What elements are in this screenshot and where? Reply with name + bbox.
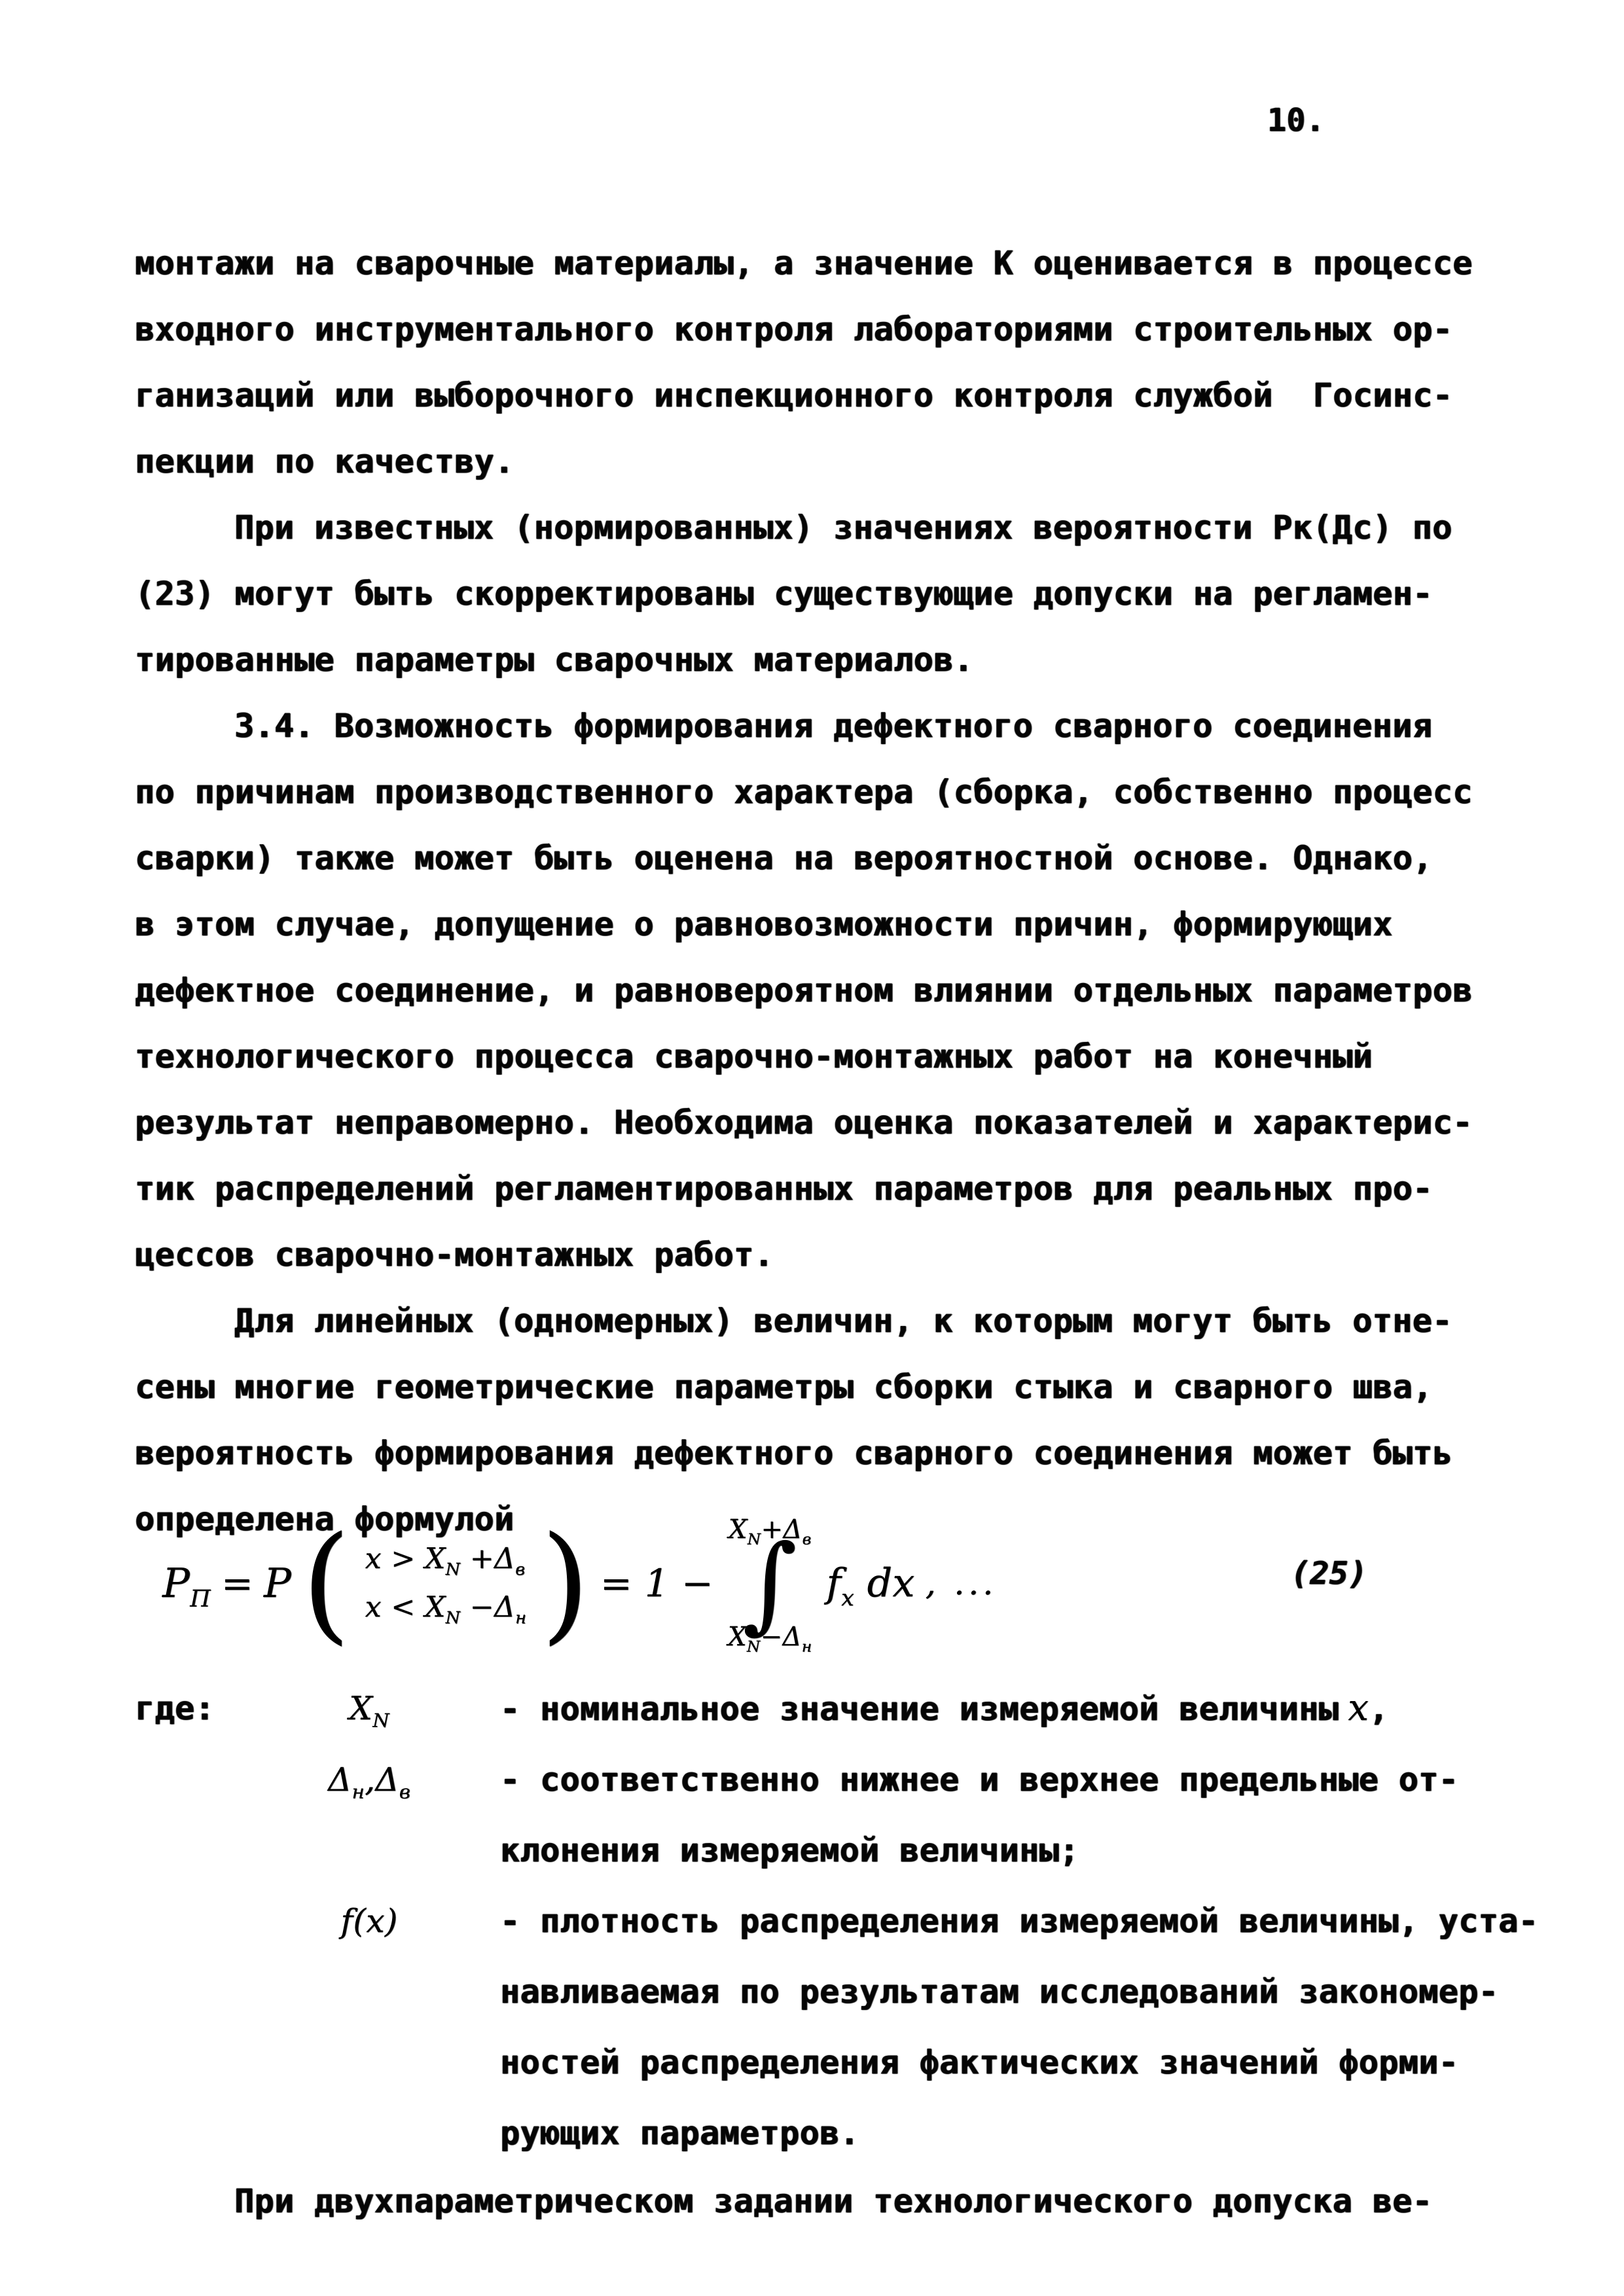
text-line: по причинам производственного характера … [135, 759, 1523, 825]
text-line: - номинальное значение измеряемой величи… [500, 1673, 1523, 1744]
text-line: (23) могут быть скорректированы существу… [135, 561, 1523, 627]
definition-row-xn: где: XN - номинальное значение измеряемо… [135, 1673, 1523, 1744]
text-line: навливаемая по результатам исследований … [500, 1956, 1538, 2027]
measured-value-symbol: x [1339, 1687, 1369, 1729]
text-line: клонения измеряемой величины; [500, 1815, 1523, 1886]
formula-lhs: PП [162, 1563, 211, 1604]
paragraph-5: При двухпараметрическом задании технолог… [135, 2168, 1523, 2234]
scanned-document-page: 10. монтажи на сварочные материалы, а зн… [0, 0, 1624, 2296]
formula-25: PП = P ( x > XN +Δв x < XN −Δн ) = 1 − X… [135, 1495, 1523, 1672]
probability-symbol: P [264, 1563, 291, 1604]
text-line: цессов сварочно-монтажных работ. [135, 1222, 1523, 1288]
page-body: монтажи на сварочные материалы, а значен… [135, 230, 1523, 2234]
definition-row-fx: f(x) - плотность распределения измеряемо… [135, 1886, 1523, 2168]
text-line: вероятность формирования дефектного свар… [135, 1420, 1523, 1486]
text-line: монтажи на сварочные материалы, а значен… [135, 230, 1523, 296]
paragraph-1: монтажи на сварочные материалы, а значен… [135, 230, 1523, 495]
text-line: дефектное соединение, и равновероятном в… [135, 958, 1523, 1024]
text-line: ностей распределения фактических значени… [500, 2027, 1538, 2098]
definition-text: - соответственно нижнее и верхнее предел… [500, 1744, 1523, 1886]
condition-lower: x < XN −Δн [365, 1593, 527, 1622]
condition-stack: x > XN +Δв x < XN −Δн [361, 1545, 531, 1622]
equation-number: (25) [1291, 1558, 1367, 1589]
paragraph-3-4: 3.4. Возможность формирования дефектного… [135, 693, 1523, 1288]
equals-one-minus: = 1 − [600, 1564, 713, 1602]
text-line: тик распределений регламентированных пар… [135, 1156, 1523, 1222]
text-line: сены многие геометрические параметры сбо… [135, 1354, 1523, 1420]
text-line: входного инструментального контроля лабо… [135, 296, 1523, 363]
text-line: технологического процесса сварочно-монта… [135, 1024, 1523, 1090]
integral-group: XN+Δв ∫ XN−Δн [728, 1516, 812, 1651]
condition-upper: x > XN +Δв [365, 1545, 527, 1573]
equals-sign: = [221, 1564, 253, 1602]
text-line: рующих параметров. [500, 2098, 1538, 2168]
page-number: 10. [1267, 105, 1325, 136]
term-delta-nv: Δн,Δв [238, 1744, 500, 1886]
paragraph-2: При известных (нормированных) значениях … [135, 495, 1523, 693]
definition-row-delta: Δн,Δв - соответственно нижнее и верхнее … [135, 1744, 1523, 1886]
term-fx: f(x) [238, 1886, 500, 2168]
text-line: - плотность распределения измеряемой вел… [500, 1886, 1538, 1956]
text-line: ганизаций или выборочного инспекционного… [135, 363, 1523, 429]
formula-tail: , ... [926, 1567, 997, 1600]
integral-sign: ∫ [742, 1543, 797, 1624]
text-line: сварки) также может быть оценена на веро… [135, 825, 1523, 891]
definition-text: - плотность распределения измеряемой вел… [500, 1886, 1538, 2168]
text-line: тированные параметры сварочных материало… [135, 627, 1523, 693]
where-definitions: где: XN - номинальное значение измеряемо… [135, 1673, 1523, 2168]
text-line: в этом случае, допущение о равновозможно… [135, 891, 1523, 958]
integral-lower-limit: XN−Δн [728, 1624, 812, 1650]
where-label: где: [135, 1673, 238, 1744]
integrand: fx dx [826, 1564, 914, 1603]
text-line: Для линейных (одномерных) величин, к кот… [135, 1288, 1523, 1354]
text-line: При двухпараметрическом задании технолог… [135, 2168, 1523, 2234]
text-line: пекции по качеству. [135, 429, 1523, 495]
text-line: При известных (нормированных) значениях … [135, 495, 1523, 561]
text-line: результат неправомерно. Необходима оценк… [135, 1090, 1523, 1156]
definition-text: - номинальное значение измеряемой величи… [500, 1673, 1523, 1744]
text-line: - соответственно нижнее и верхнее предел… [500, 1744, 1523, 1815]
section-heading-line: 3.4. Возможность формирования дефектного… [135, 693, 1523, 759]
term-xn: XN [238, 1673, 500, 1744]
